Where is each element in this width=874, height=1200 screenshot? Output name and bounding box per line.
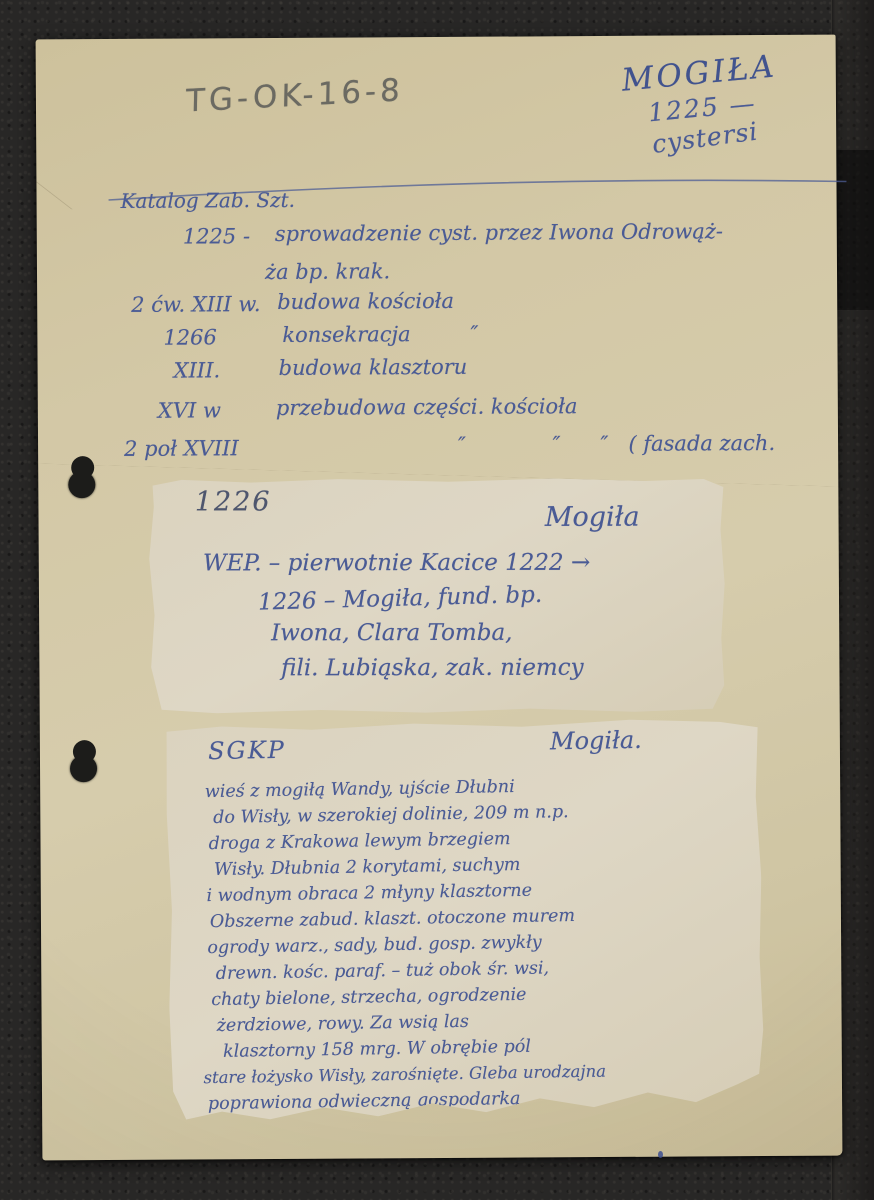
card-heading: MOGIŁA 1225 — cystersi [598, 46, 806, 161]
timeline-date: 1266 [163, 325, 217, 349]
slip-source-label: SGKP [208, 736, 286, 765]
timeline-date: XIII. [174, 358, 221, 382]
timeline-entry: ″ ″ ″ ( fasada zach. [458, 431, 775, 457]
timeline-date: XVI w [158, 398, 221, 422]
archival-card-sheet: TG-OK-16-8 MOGIŁA 1225 — cystersi Katalo… [36, 35, 843, 1161]
punch-hole [68, 471, 95, 498]
slip-text-line: poprawiona odwieczną gospodarką [208, 1085, 607, 1118]
slip-text-line: fili. Lubiąska, zak. niemcy [281, 651, 590, 687]
timeline-date: 2 poł XVIII [124, 436, 239, 461]
slip-text-line: Iwona, Clara Tomba, [271, 616, 590, 652]
ink-speck [658, 1151, 663, 1158]
slip-place-label: Mogiła. [550, 726, 642, 756]
slip-year: 1226 [195, 486, 272, 517]
punch-hole [70, 755, 97, 782]
pasted-slip-wep: 1226 Mogiła WEP. – pierwotnie Kacice 122… [147, 478, 727, 715]
timeline-entry: budowa klasztoru [279, 355, 468, 380]
pasted-slip-sgkp: SGKP Mogiła. wieś z mogiłą Wandy, ujście… [162, 716, 769, 1128]
photographed-album-page: { "colors": { "backdrop_leather": "#2827… [0, 0, 874, 1200]
timeline-entry: ża bp. krak. [265, 259, 390, 284]
slip-place-label: Mogiła [545, 502, 640, 533]
timeline-entry: sprowadzenie cyst. przez Iwona Odrowąż- [275, 219, 723, 246]
source-label: Katalog Zab. Szt. [120, 188, 295, 213]
slip-text-line: 1226 – Mogiła, fund. bp. [258, 576, 591, 620]
reference-number: TG-OK-16-8 [186, 72, 404, 119]
timeline-entry: konsekracja ″ [282, 322, 478, 347]
timeline-entry: przebudowa części. kościoła [276, 394, 578, 420]
slip-text-line: WEP. – pierwotnie Kacice 1222 → [203, 546, 590, 582]
timeline-entry: budowa kościoła [277, 289, 454, 314]
timeline-date: 2 ćw. XIII w. [131, 292, 260, 317]
timeline-date: 1225 - [183, 224, 250, 248]
